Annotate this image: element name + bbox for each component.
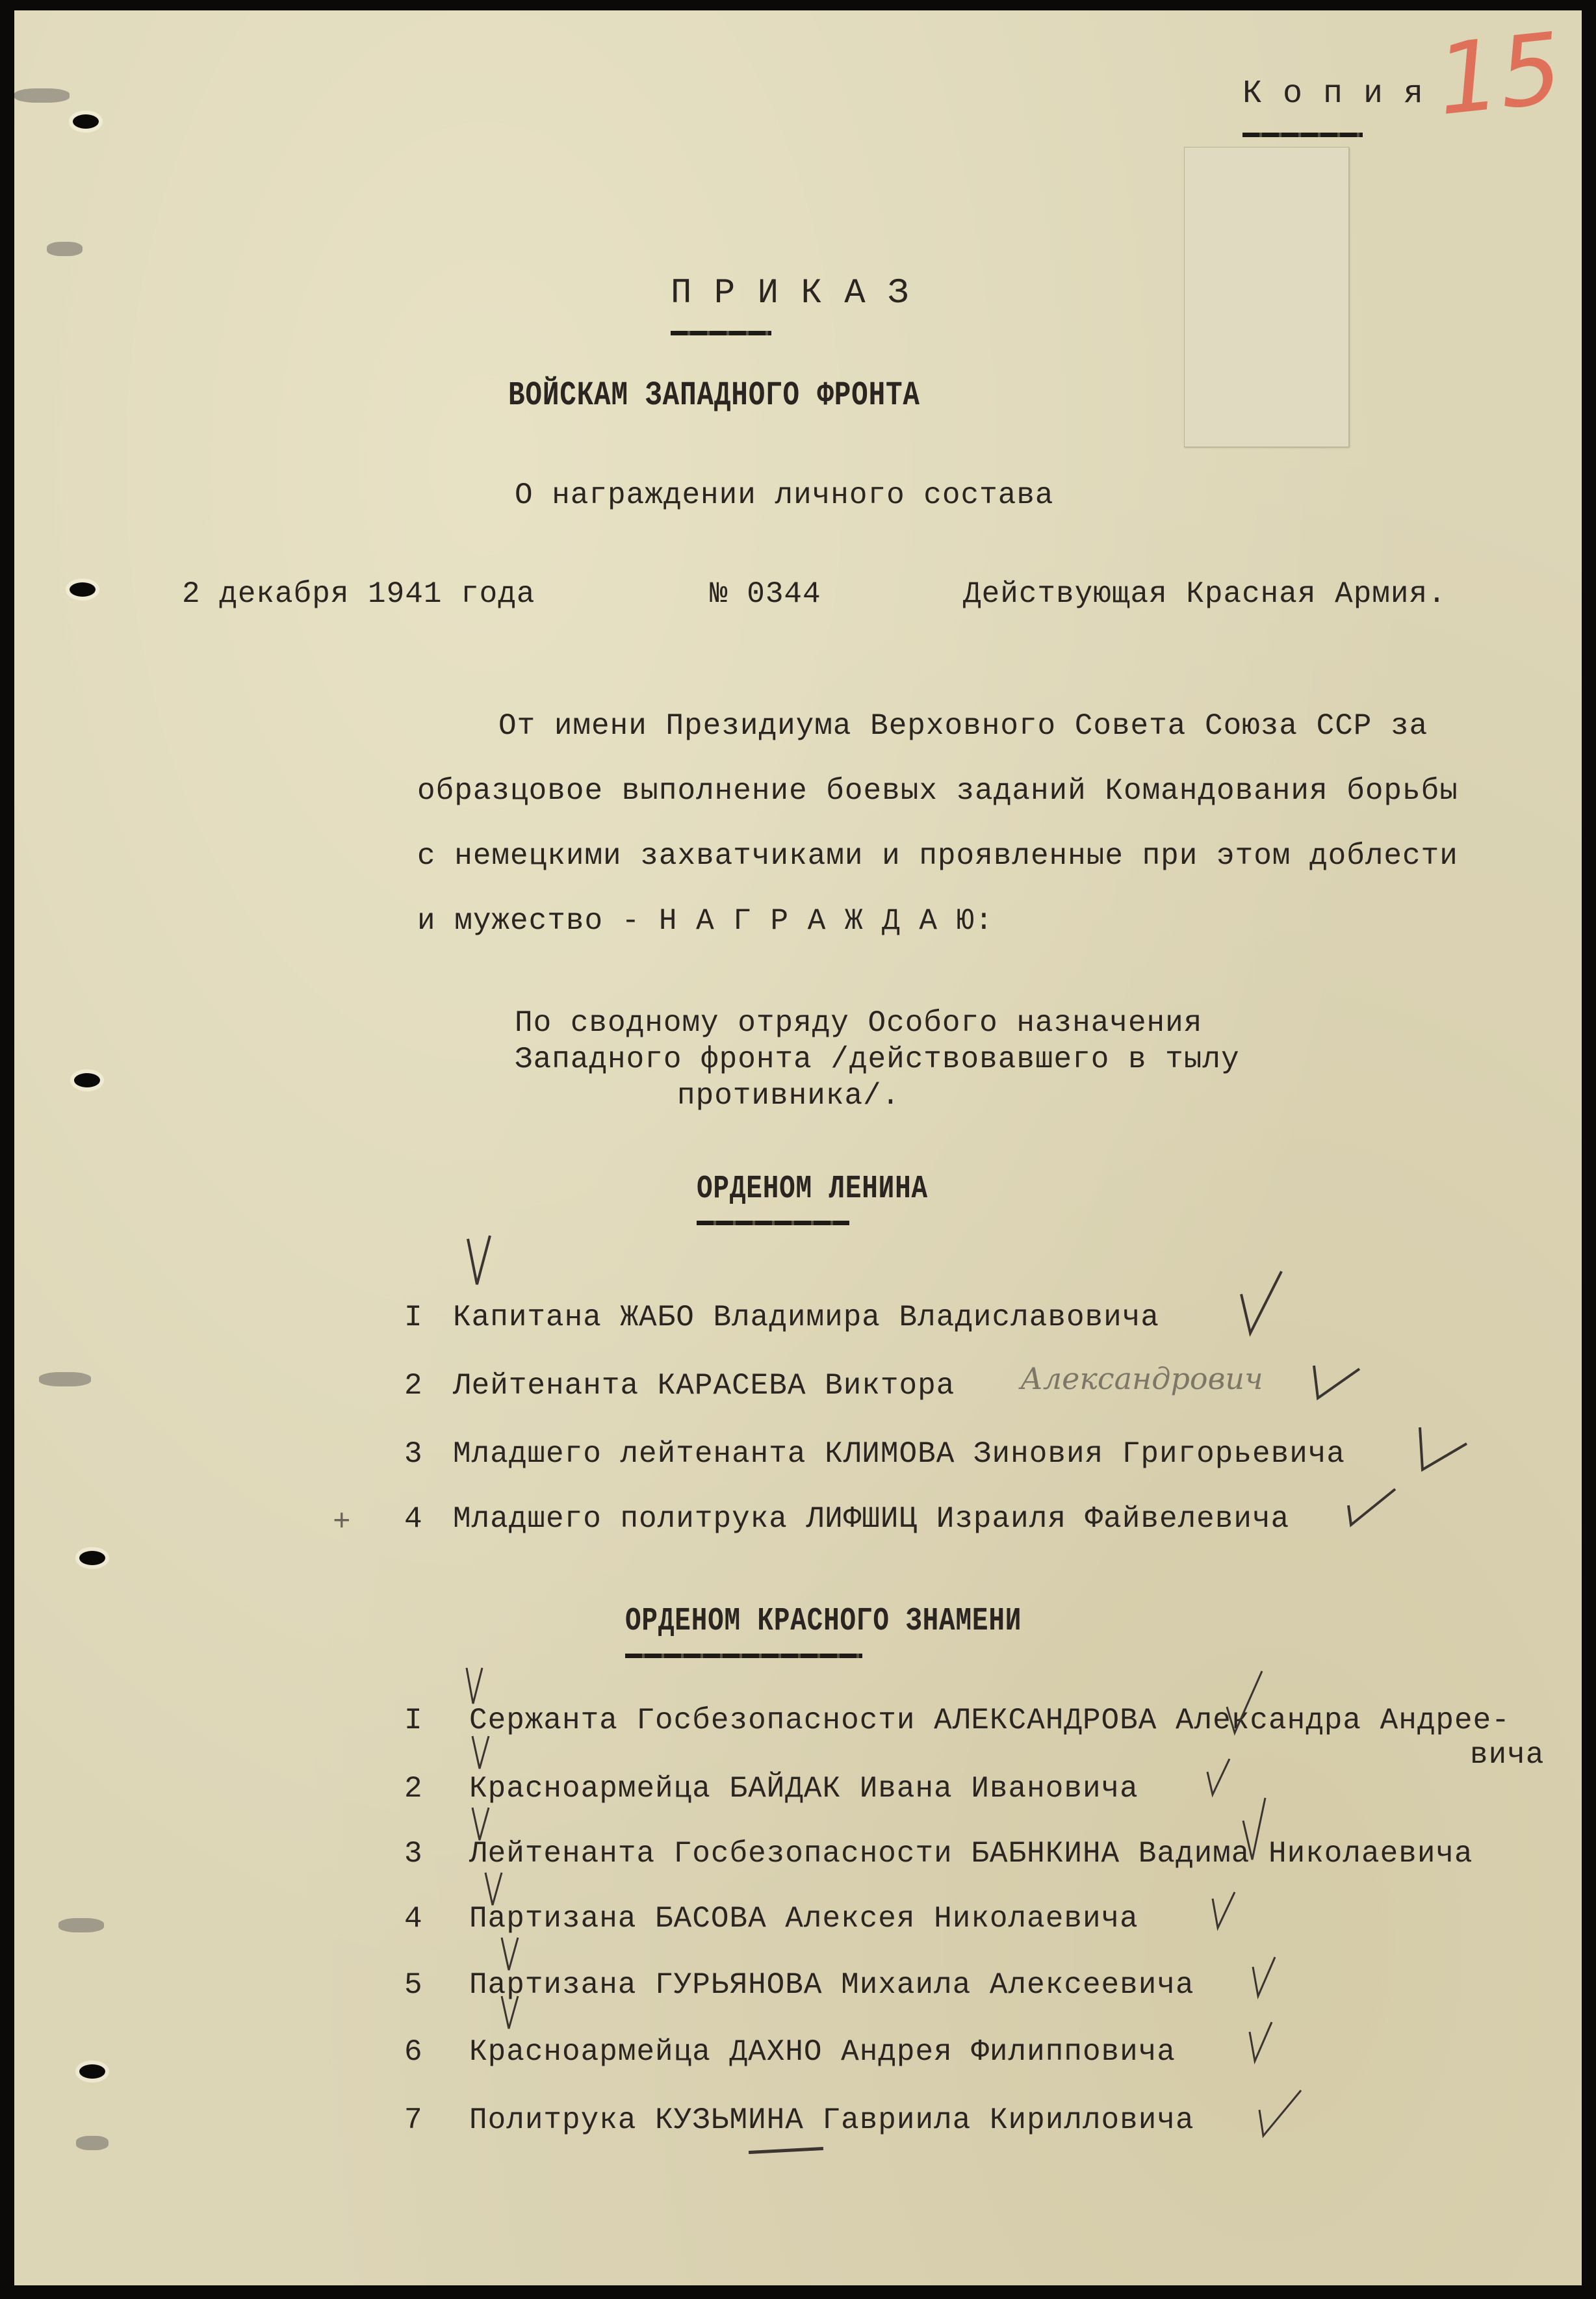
award-item-num: 4 <box>404 1902 423 1936</box>
checkmark-icon <box>1239 1795 1278 1866</box>
award-item-text: Лейтенанта КАРАСЕВА Виктора <box>453 1369 955 1403</box>
award-item-num: I <box>404 1301 423 1334</box>
award-item-num: I <box>404 1704 423 1737</box>
copy-mark-underline <box>1242 133 1363 137</box>
preamble-line: и мужество - Н А Г Р А Ж Д А Ю: <box>417 904 994 938</box>
margin-smudge <box>76 2136 109 2150</box>
margin-smudge <box>47 242 83 256</box>
preamble-line: с немецкими захватчиками и проявленные п… <box>417 839 1458 873</box>
checkmark-icon <box>1203 1756 1242 1801</box>
checkmark-icon <box>1249 1954 1288 2006</box>
title-underline <box>671 331 771 335</box>
pasted-label <box>1184 147 1349 447</box>
preamble-line: От имени Президиума Верховного Совета Со… <box>498 709 1428 743</box>
preamble-line: образцовое выполнение боевых заданий Ком… <box>417 774 1458 808</box>
award-item-num: 2 <box>404 1772 423 1806</box>
copy-mark: К о п и я <box>1242 75 1424 112</box>
award-item-text: Капитана ЖАБО Владимира Владиславовича <box>453 1301 1159 1334</box>
order-number: № 0344 <box>710 577 821 611</box>
punch-hole <box>70 582 96 597</box>
margin-smudge <box>39 1372 91 1386</box>
checkmark-icon <box>498 1934 524 1973</box>
order-date: 2 декабря 1941 года <box>182 577 535 611</box>
award-item-num: 3 <box>404 1837 423 1871</box>
award-item-text: Партизана БАСОВА Алексея Николаевича <box>469 1902 1139 1936</box>
handwritten-patronymic: Александрович <box>1020 1361 1263 1396</box>
section-underline <box>697 1221 849 1225</box>
award-item-num: 4 <box>404 1502 423 1536</box>
margin-smudge <box>58 1918 104 1932</box>
section-heading-red-banner: ОРДЕНОМ КРАСНОГО ЗНАМЕНИ <box>625 1603 1022 1640</box>
order-place: Действующая Красная Армия. <box>963 577 1447 611</box>
checkmark-icon <box>463 1232 502 1291</box>
checkmark-icon <box>469 1733 495 1772</box>
unit-line: противника/. <box>677 1079 900 1113</box>
checkmark-icon <box>1307 1359 1366 1405</box>
section-heading-lenin: ОРДЕНОМ ЛЕНИНА <box>697 1171 928 1208</box>
checkmark-icon <box>1223 1668 1268 1739</box>
addressee: ВОЙСКАМ ЗАПАДНОГО ФРОНТА <box>508 376 920 415</box>
checkmark-icon <box>1255 2084 1307 2142</box>
award-item-num: 5 <box>404 1968 423 2002</box>
award-item-text: Лейтенанта Госбезопасности БАБНКИНА Вади… <box>469 1837 1473 1871</box>
award-item-num: 6 <box>404 2035 423 2069</box>
punch-hole <box>79 1551 105 1565</box>
document-title: П Р И К А З <box>671 274 909 313</box>
award-item-text: Младшего лейтенанта КЛИМОВА Зиновия Григ… <box>453 1437 1345 1471</box>
page-number-handwritten: 15 <box>1432 12 1567 138</box>
award-item-text: Политрука КУЗЬМИНА Гавриила Кирилловича <box>469 2103 1194 2137</box>
award-item-num: 2 <box>404 1369 423 1403</box>
pencil-underline-mark <box>749 2147 823 2154</box>
document-page: 15 К о п и я П Р И К А З ВОЙСКАМ ЗАПАДНО… <box>14 10 1582 2285</box>
award-item-text: Партизана ГУРЬЯНОВА Михаила Алексеевича <box>469 1968 1194 2002</box>
checkmark-icon <box>1209 1889 1248 1934</box>
punch-hole <box>74 1073 100 1087</box>
section-underline <box>625 1654 862 1658</box>
punch-hole <box>79 2064 105 2079</box>
checkmark-icon <box>498 1993 524 2032</box>
award-item-continuation: вича <box>1470 1738 1544 1772</box>
checkmark-icon <box>1236 1268 1288 1340</box>
unit-line: По сводному отряду Особого назначения <box>515 1006 1202 1040</box>
order-subject: О награждении личного состава <box>515 478 1054 512</box>
award-item-text: Красноармейца БАЙДАК Ивана Ивановича <box>469 1772 1139 1806</box>
checkmark-icon <box>1246 2019 1285 2071</box>
margin-smudge <box>14 88 70 103</box>
checkmark-icon <box>1343 1486 1402 1531</box>
checkmark-icon <box>1415 1424 1473 1476</box>
margin-plus-mark: + <box>333 1505 352 1539</box>
unit-line: Западного фронта /действовавшего в тылу <box>515 1043 1240 1076</box>
punch-hole <box>73 114 99 129</box>
award-item-num: 7 <box>404 2103 423 2137</box>
award-item-text: Красноармейца ДАХНО Андрея Филипповича <box>469 2035 1176 2069</box>
award-item-text: Младшего политрука ЛИФШИЦ Израиля Файвел… <box>453 1502 1289 1536</box>
award-item-text: Сержанта Госбезопасности АЛЕКСАНДРОВА Ал… <box>469 1704 1510 1737</box>
award-item-num: 3 <box>404 1437 423 1471</box>
